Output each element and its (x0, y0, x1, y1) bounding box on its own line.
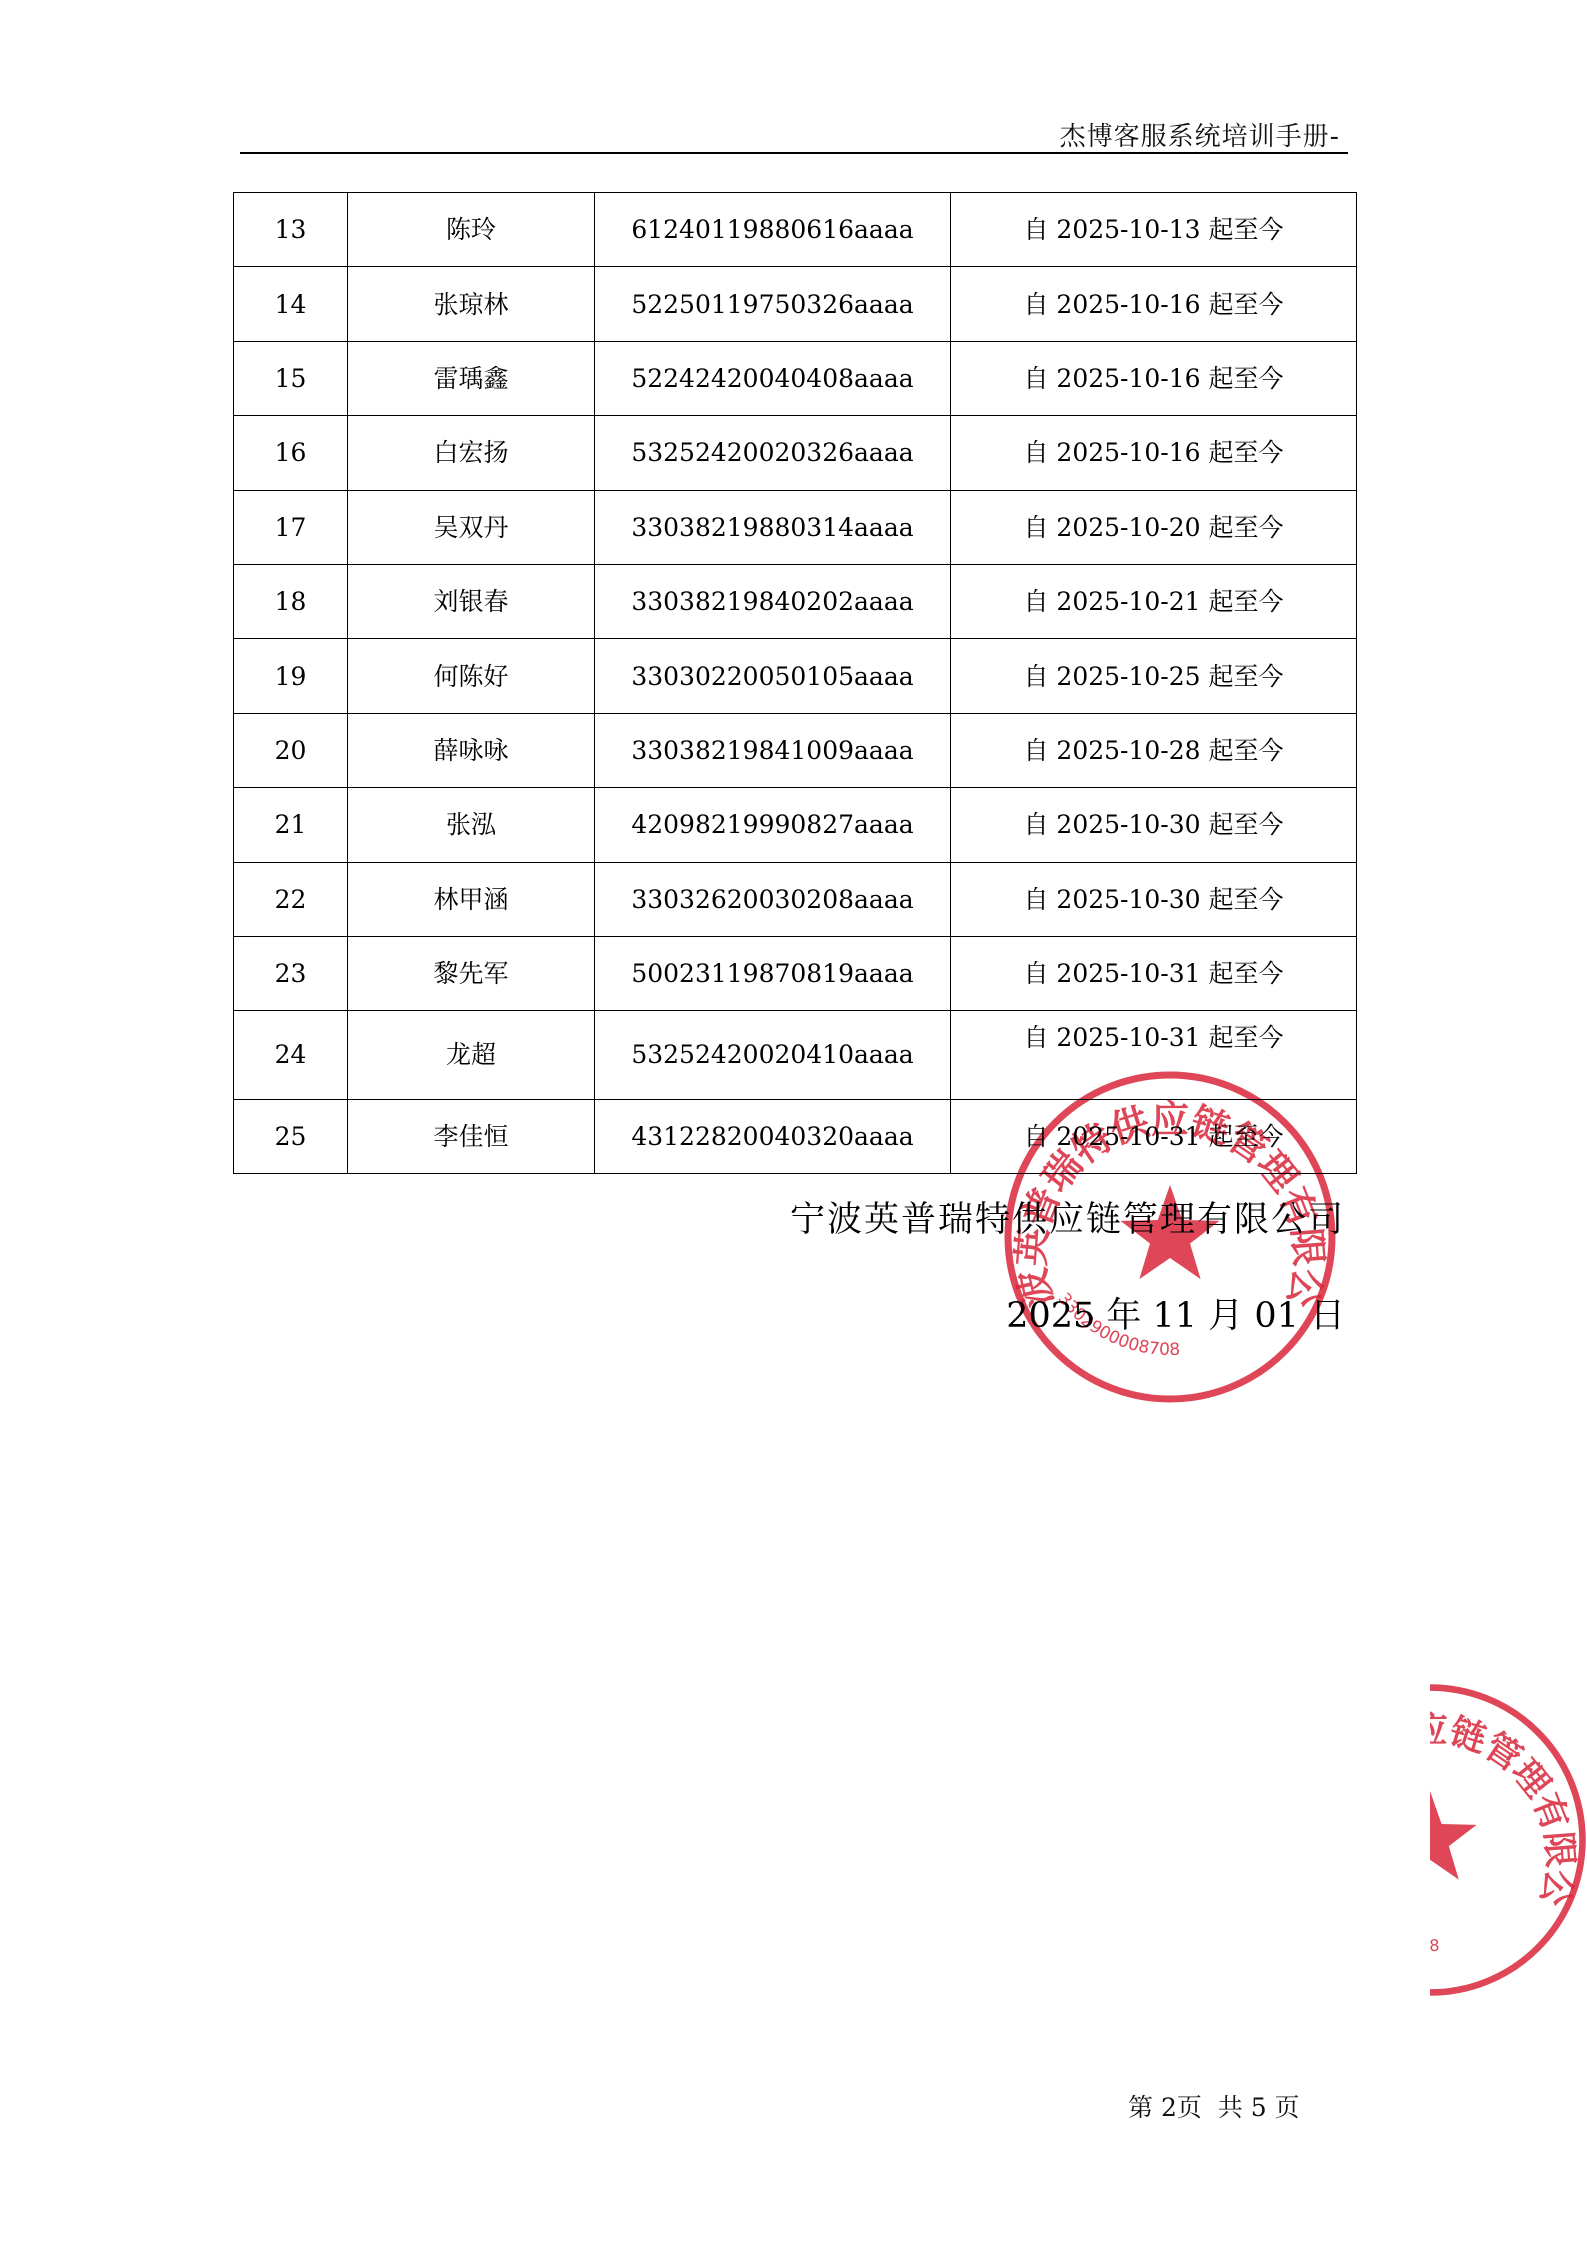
id-number: 42098219990827aaaa (595, 788, 951, 862)
employee-roster-table: 13 陈玲 61240119880616aaaa 自 2025-10-13 起至… (233, 192, 1357, 1174)
row-number: 25 (234, 1099, 348, 1173)
employment-period: 自 2025-10-13 起至今 (951, 193, 1357, 267)
id-number: 52250119750326aaaa (595, 267, 951, 341)
employment-period: 自 2025-10-16 起至今 (951, 341, 1357, 415)
table-row: 19 何陈好 33030220050105aaaa 自 2025-10-25 起… (234, 639, 1357, 713)
id-number: 53252420020326aaaa (595, 416, 951, 490)
table-row: 24 龙超 53252420020410aaaa 自 2025-10-31 起至… (234, 1011, 1357, 1099)
id-number: 33032620030208aaaa (595, 862, 951, 936)
roster-body: 13 陈玲 61240119880616aaaa 自 2025-10-13 起至… (234, 193, 1357, 1174)
table-row: 21 张泓 42098219990827aaaa 自 2025-10-30 起至… (234, 788, 1357, 862)
id-number: 50023119870819aaaa (595, 936, 951, 1010)
header-divider (240, 152, 1348, 154)
row-number: 17 (234, 490, 348, 564)
employee-name: 林甲涵 (348, 862, 595, 936)
company-signature: 宁波英普瑞特供应链管理有限公司 (785, 1192, 1345, 1242)
table-row: 13 陈玲 61240119880616aaaa 自 2025-10-13 起至… (234, 193, 1357, 267)
table-row: 14 张琼林 52250119750326aaaa 自 2025-10-16 起… (234, 267, 1357, 341)
row-number: 24 (234, 1011, 348, 1099)
employment-period: 自 2025-10-31 起至今 (951, 936, 1357, 1010)
employee-name: 刘银春 (348, 564, 595, 638)
row-number: 14 (234, 267, 348, 341)
row-number: 21 (234, 788, 348, 862)
id-number: 43122820040320aaaa (595, 1099, 951, 1173)
employment-period: 自 2025-10-30 起至今 (951, 788, 1357, 862)
page-number: 第 2页 共 5 页 (1128, 2088, 1328, 2124)
row-number: 23 (234, 936, 348, 1010)
row-number: 16 (234, 416, 348, 490)
perforation-seal-icon: 宁波英普瑞特供应链管理有限公司3302900008708 (1430, 1680, 1587, 2000)
id-number: 33030220050105aaaa (595, 639, 951, 713)
signature-date: 2025 年 11 月 01 日 (1000, 1288, 1345, 1338)
table-row: 18 刘银春 33038219840202aaaa 自 2025-10-21 起… (234, 564, 1357, 638)
employment-period: 自 2025-10-30 起至今 (951, 862, 1357, 936)
table-row: 25 李佳恒 43122820040320aaaa 自 2025-10-31 起… (234, 1099, 1357, 1173)
document-header-title: 杰博客服系统培训手册- (1040, 116, 1340, 153)
employee-name: 薛咏咏 (348, 713, 595, 787)
row-number: 18 (234, 564, 348, 638)
employee-name: 黎先军 (348, 936, 595, 1010)
employee-name: 龙超 (348, 1011, 595, 1099)
employment-period: 自 2025-10-31 起至今 (951, 1011, 1357, 1099)
svg-text:宁波英普瑞特供应链管理有限公司: 宁波英普瑞特供应链管理有限公司 (1430, 1680, 1581, 1910)
employee-name: 张泓 (348, 788, 595, 862)
table-row: 20 薛咏咏 33038219841009aaaa 自 2025-10-28 起… (234, 713, 1357, 787)
row-number: 22 (234, 862, 348, 936)
row-number: 13 (234, 193, 348, 267)
employee-name: 何陈好 (348, 639, 595, 713)
employee-name: 李佳恒 (348, 1099, 595, 1173)
table-row: 17 吴双丹 33038219880314aaaa 自 2025-10-20 起… (234, 490, 1357, 564)
table-row: 16 白宏扬 53252420020326aaaa 自 2025-10-16 起… (234, 416, 1357, 490)
table-row: 15 雷瑀鑫 52242420040408aaaa 自 2025-10-16 起… (234, 341, 1357, 415)
id-number: 33038219880314aaaa (595, 490, 951, 564)
id-number: 52242420040408aaaa (595, 341, 951, 415)
table-row: 23 黎先军 50023119870819aaaa 自 2025-10-31 起… (234, 936, 1357, 1010)
id-number: 53252420020410aaaa (595, 1011, 951, 1099)
employee-name: 白宏扬 (348, 416, 595, 490)
employee-name: 张琼林 (348, 267, 595, 341)
employment-period: 自 2025-10-20 起至今 (951, 490, 1357, 564)
id-number: 61240119880616aaaa (595, 193, 951, 267)
employment-period: 自 2025-10-31 起至今 (951, 1099, 1357, 1173)
employment-period: 自 2025-10-28 起至今 (951, 713, 1357, 787)
employment-period: 自 2025-10-25 起至今 (951, 639, 1357, 713)
id-number: 33038219840202aaaa (595, 564, 951, 638)
employment-period: 自 2025-10-16 起至今 (951, 267, 1357, 341)
row-number: 15 (234, 341, 348, 415)
employee-name: 雷瑀鑫 (348, 341, 595, 415)
employee-name: 吴双丹 (348, 490, 595, 564)
svg-text:3302900008708: 3302900008708 (1430, 1889, 1440, 1956)
employee-name: 陈玲 (348, 193, 595, 267)
row-number: 19 (234, 639, 348, 713)
id-number: 33038219841009aaaa (595, 713, 951, 787)
row-number: 20 (234, 713, 348, 787)
table-row: 22 林甲涵 33032620030208aaaa 自 2025-10-30 起… (234, 862, 1357, 936)
employment-period: 自 2025-10-16 起至今 (951, 416, 1357, 490)
employment-period: 自 2025-10-21 起至今 (951, 564, 1357, 638)
